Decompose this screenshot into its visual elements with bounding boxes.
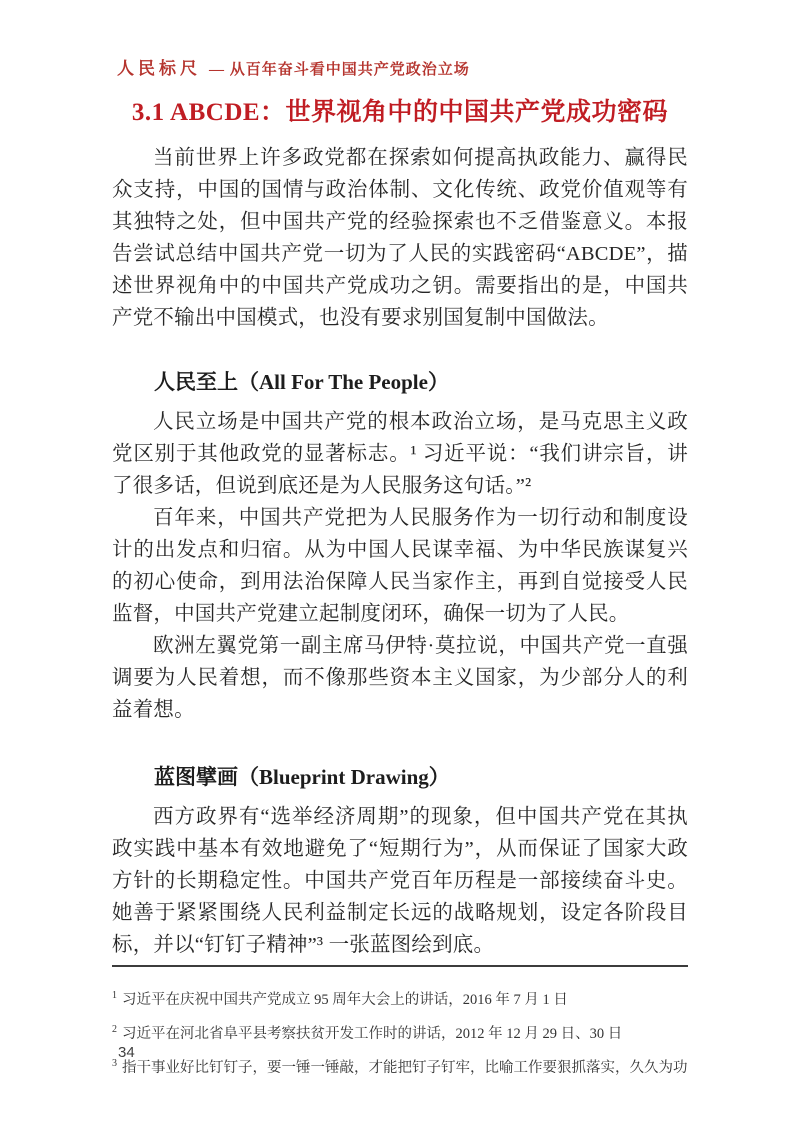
footnote-list: 1习近平在庆祝中国共产党成立 95 周年大会上的讲话，2016 年 7 月 1 … [112, 981, 688, 1082]
footnote-marker-2: 2 [112, 1024, 117, 1035]
footnote-text-2: 习近平在河北省阜平县考察扶贫开发工作时的讲话，2012 年 12 月 29 日、… [122, 1026, 622, 1042]
paragraph-blueprint: 西方政界有“选举经济周期”的现象，但中国共产党在其执政实践中基本有效地避免了“短… [112, 801, 688, 961]
footnote-divider [112, 965, 688, 967]
footnote-marker-1: 1 [112, 990, 117, 1001]
paragraph-european-left-quote: 欧洲左翼党第一副主席马伊特·莫拉说，中国共产党一直强调要为人民着想，而不像那些资… [112, 630, 688, 726]
page-header: 人民标尺 — 从百年奋斗看中国共产党政治立场 [117, 54, 470, 79]
subheading-blueprint-drawing: 蓝图擘画（Blueprint Drawing） [112, 762, 688, 792]
footnote-item-2: 2习近平在河北省阜平县考察扶贫开发工作时的讲话，2012 年 12 月 29 日… [112, 1015, 688, 1049]
footnote-marker-3: 3 [112, 1058, 117, 1069]
footnote-text-1: 习近平在庆祝中国共产党成立 95 周年大会上的讲话，2016 年 7 月 1 日 [122, 992, 568, 1008]
paragraph-intro: 当前世界上许多政党都在探索如何提高执政能力、赢得民众支持，中国的国情与政治体制、… [112, 142, 688, 334]
subheading-people-first: 人民至上（All For The People） [112, 367, 688, 397]
page-number: 34 [118, 1044, 135, 1061]
footnote-item-1: 1习近平在庆祝中国共产党成立 95 周年大会上的讲话，2016 年 7 月 1 … [112, 981, 688, 1015]
report-header-subtitle: — 从百年奋斗看中国共产党政治立场 [209, 62, 470, 78]
footnote-text-3: 指干事业好比钉钉子，要一锤一锤敲，才能把钉子钉牢，比喻工作要狠抓落实，久久为功 [122, 1059, 688, 1075]
page-content: 3.1 ABCDE：世界视角中的中国共产党成功密码 当前世界上许多政党都在探索如… [112, 96, 688, 1082]
footnote-item-3: 3指干事业好比钉钉子，要一锤一锤敲，才能把钉子钉牢，比喻工作要狠抓落实，久久为功 [112, 1049, 688, 1083]
paragraph-century-service: 百年来，中国共产党把为人民服务作为一切行动和制度设计的出发点和归宿。从为中国人民… [112, 502, 688, 630]
report-brand-title: 人民标尺 [117, 59, 201, 78]
paragraph-people-stance: 人民立场是中国共产党的根本政治立场，是马克思主义政党区别于其他政党的显著标志。¹… [112, 406, 688, 502]
section-title: 3.1 ABCDE：世界视角中的中国共产党成功密码 [112, 96, 688, 130]
document-page: 人民标尺 — 从百年奋斗看中国共产党政治立场 3.1 ABCDE：世界视角中的中… [0, 0, 800, 1124]
